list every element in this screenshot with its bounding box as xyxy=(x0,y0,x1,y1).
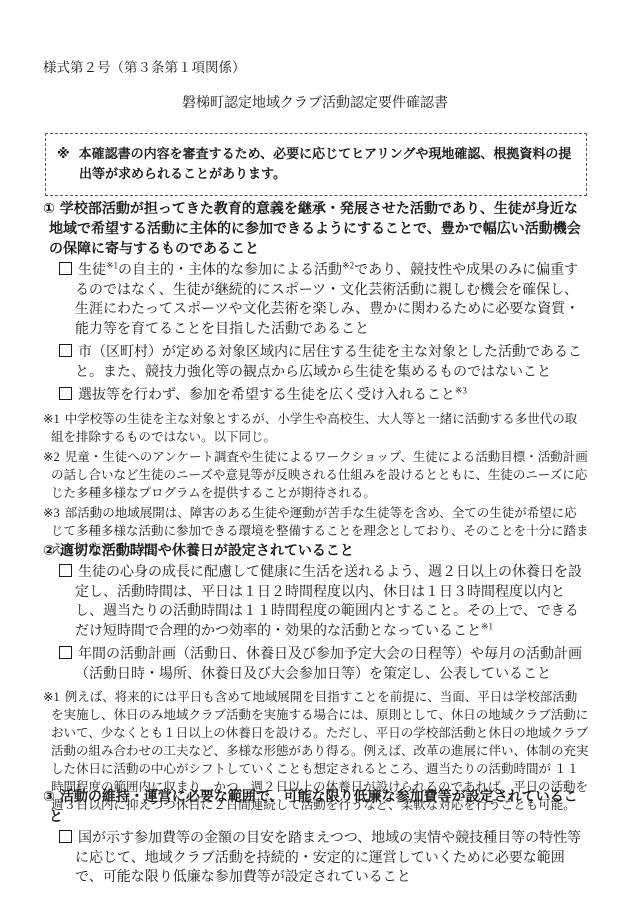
footnote-text: 中学校等の生徒を主な対象とするが、小学生や高校生、大人等と一緒に活動する多世代の… xyxy=(51,412,577,444)
footnote: ※2児童・生徒へのアンケート調査や生徒によるワークショップ、生徒による活動目標・… xyxy=(43,448,589,502)
text-run: 生徒の心身の成長に配慮して健康に生活を送れるよう、週２日以上の休養日を設定し、活… xyxy=(75,565,582,639)
text-run: 選抜等を行わず、参加を希望する生徒を広く受け入れること xyxy=(78,388,455,403)
section-number: ① xyxy=(43,200,55,216)
checklist-item: 市（区町村）が定める対象区域内に居住する生徒を主な対象とした活動であること。また… xyxy=(43,343,589,382)
section-heading-text: 適切な活動時間や休養日が設定されていること xyxy=(60,542,354,558)
checklist-item: 生徒の心身の成長に配慮して健康に生活を送れるよう、週２日以上の休養日を設定し、活… xyxy=(43,563,589,641)
footnote-marker: ※3 xyxy=(43,506,60,520)
section-number: ② xyxy=(43,542,55,558)
checklist-item-text: 市（区町村）が定める対象区域内に居住する生徒を主な対象とした活動であること。また… xyxy=(75,345,582,380)
footnote-ref: ※3 xyxy=(455,385,467,395)
section-2: ②適切な活動時間や休養日が設定されていること生徒の心身の成長に配慮して健康に生活… xyxy=(43,540,589,816)
footnote-marker: ※2 xyxy=(43,450,60,464)
section-3: ③活動の維持・運営に必要な範囲で、可能な限り低廉な参加費等が設定されていること国… xyxy=(43,786,589,892)
section-heading: ①学校部活動が担ってきた教育的意義を継承・発展させた活動であり、生徒が身近な地域… xyxy=(43,198,589,258)
document-page: 様式第２号（第３条第１項関係） 磐梯町認定地域クラブ活動認定要件確認書 ※本確認… xyxy=(0,0,630,903)
section-1: ①学校部活動が担ってきた教育的意義を継承・発展させた活動であり、生徒が身近な地域… xyxy=(43,198,589,560)
section-heading-text: 学校部活動が担ってきた教育的意義を継承・発展させた活動であり、生徒が身近な地域で… xyxy=(49,200,581,256)
checklist-content: ①学校部活動が担ってきた教育的意義を継承・発展させた活動であり、生徒が身近な地域… xyxy=(0,0,630,903)
footnote-ref: ※1 xyxy=(106,260,118,270)
text-run: 年間の活動計画（活動日、休養日及び参加予定大会の日程等）や毎月の活動計画（活動日… xyxy=(75,647,582,682)
checklist-item: 選抜等を行わず、参加を希望する生徒を広く受け入れること※3 xyxy=(43,386,589,406)
checklist-item-text: 選抜等を行わず、参加を希望する生徒を広く受け入れること※3 xyxy=(78,388,467,403)
section-heading: ②適切な活動時間や休養日が設定されていること xyxy=(43,540,589,560)
checklist-item-text: 生徒の心身の成長に配慮して健康に生活を送れるよう、週２日以上の休養日を設定し、活… xyxy=(75,565,582,639)
text-run: の自主的・主体的な参加による活動 xyxy=(118,263,342,278)
section-heading-text: 活動の維持・運営に必要な範囲で、可能な限り低廉な参加費等が設定されていること xyxy=(49,788,578,824)
checkbox-icon xyxy=(59,646,72,659)
checkbox-icon xyxy=(59,387,72,400)
checklist-item-text: 生徒※1の自主的・主体的な参加による活動※2であり、競技性や成果のみに偏重するの… xyxy=(75,263,579,337)
section-heading: ③活動の維持・運営に必要な範囲で、可能な限り低廉な参加費等が設定されていること xyxy=(43,786,589,826)
text-run: 生徒 xyxy=(78,263,106,278)
text-run: 国が示す参加費等の金額の目安を踏まえつつ、地域の実情や競技種目等の特性等に応じて… xyxy=(75,831,581,885)
checkbox-icon xyxy=(59,830,72,843)
checklist-item: 生徒※1の自主的・主体的な参加による活動※2であり、競技性や成果のみに偏重するの… xyxy=(43,261,589,339)
checkbox-icon xyxy=(59,262,72,275)
text-run: 市（区町村）が定める対象区域内に居住する生徒を主な対象とした活動であること。また… xyxy=(75,345,582,380)
checkbox-icon xyxy=(59,344,72,357)
checkbox-icon xyxy=(59,564,72,577)
checklist-item-text: 国が示す参加費等の金額の目安を踏まえつつ、地域の実情や競技種目等の特性等に応じて… xyxy=(75,831,581,885)
section-number: ③ xyxy=(43,788,55,804)
footnote-marker: ※1 xyxy=(43,690,60,704)
checklist-item: 年間の活動計画（活動日、休養日及び参加予定大会の日程等）や毎月の活動計画（活動日… xyxy=(43,645,589,684)
footnote-text: 児童・生徒へのアンケート調査や生徒によるワークショップ、生徒による活動目標・活動… xyxy=(51,450,588,500)
footnote-marker: ※1 xyxy=(43,412,60,426)
footnote-ref: ※2 xyxy=(342,260,354,270)
footnote-ref: ※1 xyxy=(481,621,493,631)
checklist-item-text: 年間の活動計画（活動日、休養日及び参加予定大会の日程等）や毎月の活動計画（活動日… xyxy=(75,647,582,682)
checklist-item: 国が示す参加費等の金額の目安を踏まえつつ、地域の実情や競技種目等の特性等に応じて… xyxy=(43,829,589,888)
footnote: ※1中学校等の生徒を主な対象とするが、小学生や高校生、大人等と一緒に活動する多世… xyxy=(43,410,589,446)
